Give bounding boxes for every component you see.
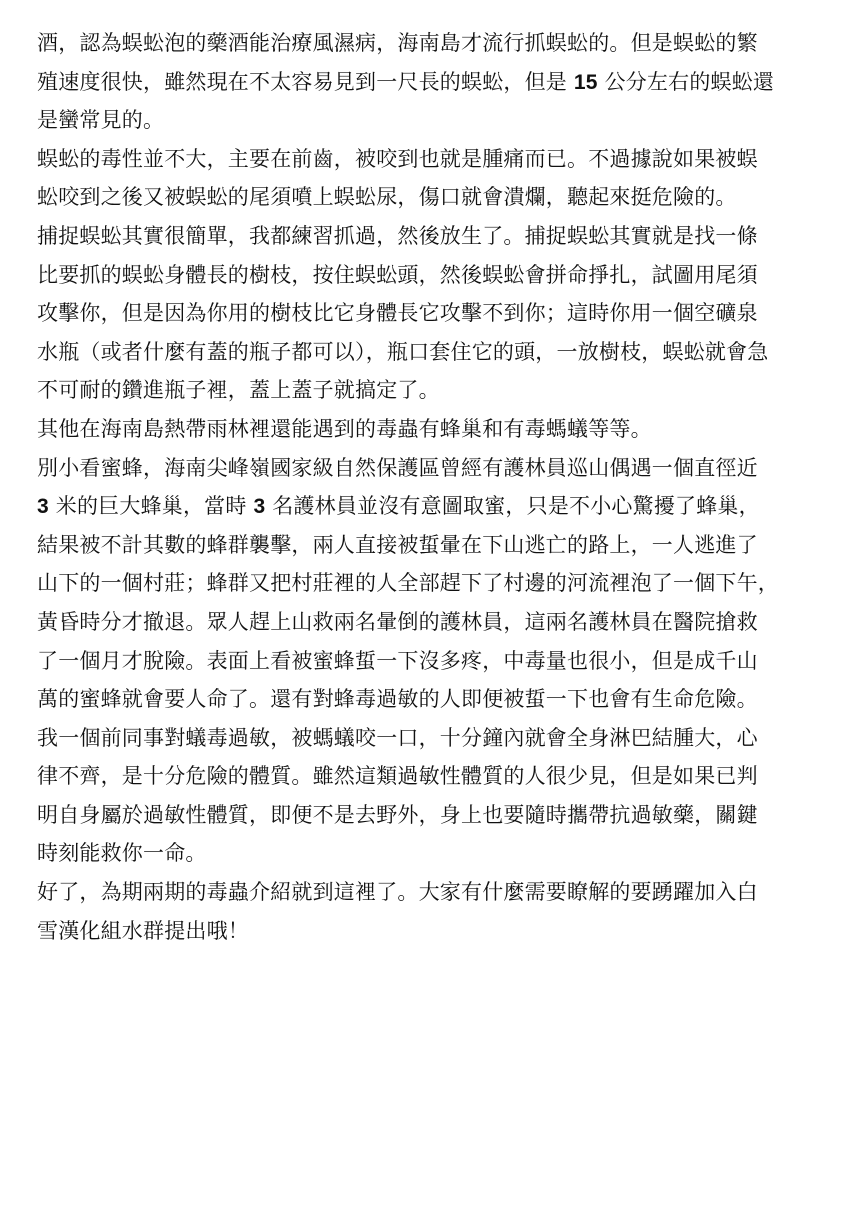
text-line: 是蠻常見的。 <box>37 101 837 140</box>
text-line: 別小看蜜蜂，海南尖峰嶺國家級自然保護區曾經有護林員巡山偶遇一個直徑近 <box>37 449 837 488</box>
text-line: 明自身屬於過敏性體質，即便不是去野外，身上也要隨時攜帶抗過敏藥，關鍵 <box>37 796 837 835</box>
text-line: 時刻能救你一命。 <box>37 834 837 873</box>
paragraph-closing: 好了，為期兩期的毒蟲介紹就到這裡了。大家有什麼需要瞭解的要踴躍加入白 雪漢化組水… <box>37 873 837 950</box>
text-line: 萬的蜜蜂就會要人命了。還有對蜂毒過敏的人即便被蜇一下也會有生命危險。 <box>37 680 837 719</box>
document-page: 酒，認為蜈蚣泡的藥酒能治療風濕病，海南島才流行抓蜈蚣的。但是蜈蚣的繁 殖速度很快… <box>37 24 837 950</box>
paragraph-centipede-wine: 酒，認為蜈蚣泡的藥酒能治療風濕病，海南島才流行抓蜈蚣的。但是蜈蚣的繁 殖速度很快… <box>37 24 837 140</box>
text-segment: 米的巨大蜂巢，當時 <box>49 494 254 518</box>
text-line: 蚣咬到之後又被蜈蚣的尾須噴上蜈蚣尿，傷口就會潰爛，聽起來挺危險的。 <box>37 178 837 217</box>
text-segment: 名護林員並沒有意圖取蜜，只是不小心驚擾了蜂巢， <box>265 494 759 518</box>
text-line: 我一個前同事對蟻毒過敏，被螞蟻咬一口，十分鐘內就會全身淋巴結腫大，心 <box>37 719 837 758</box>
text-line: 蜈蚣的毒性並不大，主要在前齒，被咬到也就是腫痛而已。不過據說如果被蜈 <box>37 140 837 179</box>
text-line: 3 米的巨大蜂巢，當時 3 名護林員並沒有意圖取蜜，只是不小心驚擾了蜂巢， <box>37 487 837 526</box>
text-line: 雪漢化組水群提出哦！ <box>37 912 837 951</box>
text-line: 其他在海南島熱帶雨林裡還能遇到的毒蟲有蜂巢和有毒螞蟻等等。 <box>37 410 837 449</box>
paragraph-centipede-venom: 蜈蚣的毒性並不大，主要在前齒，被咬到也就是腫痛而已。不過據說如果被蜈 蚣咬到之後… <box>37 140 837 217</box>
text-line: 不可耐的鑽進瓶子裡，蓋上蓋子就搞定了。 <box>37 371 837 410</box>
number-15: 15 <box>574 71 598 94</box>
text-line: 比要抓的蜈蚣身體長的樹枝，按住蜈蚣頭，然後蜈蚣會拼命掙扎，試圖用尾須 <box>37 256 837 295</box>
paragraph-catching-centipede: 捕捉蜈蚣其實很簡單，我都練習抓過，然後放生了。捕捉蜈蚣其實就是找一條 比要抓的蜈… <box>37 217 837 410</box>
paragraph-other-insects: 其他在海南島熱帶雨林裡還能遇到的毒蟲有蜂巢和有毒螞蟻等等。 <box>37 410 837 449</box>
text-line: 黃昏時分才撤退。眾人趕上山救兩名暈倒的護林員，這兩名護林員在醫院搶救 <box>37 603 837 642</box>
number-3: 3 <box>253 495 265 518</box>
text-line: 結果被不計其數的蜂群襲擊，兩人直接被蜇暈在下山逃亡的路上，一人逃進了 <box>37 526 837 565</box>
text-segment: 公分左右的蜈蚣還 <box>598 70 774 94</box>
text-line: 山下的一個村莊；蜂群又把村莊裡的人全部趕下了村邊的河流裡泡了一個下午， <box>37 564 837 603</box>
text-line: 好了，為期兩期的毒蟲介紹就到這裡了。大家有什麼需要瞭解的要踴躍加入白 <box>37 873 837 912</box>
text-line: 律不齊，是十分危險的體質。雖然這類過敏性體質的人很少見，但是如果已判 <box>37 757 837 796</box>
text-line: 捕捉蜈蚣其實很簡單，我都練習抓過，然後放生了。捕捉蜈蚣其實就是找一條 <box>37 217 837 256</box>
text-segment: 殖速度很快，雖然現在不太容易見到一尺長的蜈蚣，但是 <box>37 70 574 94</box>
paragraph-ant-allergy: 我一個前同事對蟻毒過敏，被螞蟻咬一口，十分鐘內就會全身淋巴結腫大，心 律不齊，是… <box>37 719 837 873</box>
text-line: 殖速度很快，雖然現在不太容易見到一尺長的蜈蚣，但是 15 公分左右的蜈蚣還 <box>37 63 837 102</box>
paragraph-bees: 別小看蜜蜂，海南尖峰嶺國家級自然保護區曾經有護林員巡山偶遇一個直徑近 3 米的巨… <box>37 449 837 719</box>
text-line: 水瓶（或者什麼有蓋的瓶子都可以），瓶口套住它的頭，一放樹枝，蜈蚣就會急 <box>37 333 837 372</box>
text-line: 了一個月才脫險。表面上看被蜜蜂蜇一下沒多疼，中毒量也很小，但是成千山 <box>37 642 837 681</box>
text-line: 攻擊你，但是因為你用的樹枝比它身體長它攻擊不到你；這時你用一個空礦泉 <box>37 294 837 333</box>
text-line: 酒，認為蜈蚣泡的藥酒能治療風濕病，海南島才流行抓蜈蚣的。但是蜈蚣的繁 <box>37 24 837 63</box>
number-3: 3 <box>37 495 49 518</box>
